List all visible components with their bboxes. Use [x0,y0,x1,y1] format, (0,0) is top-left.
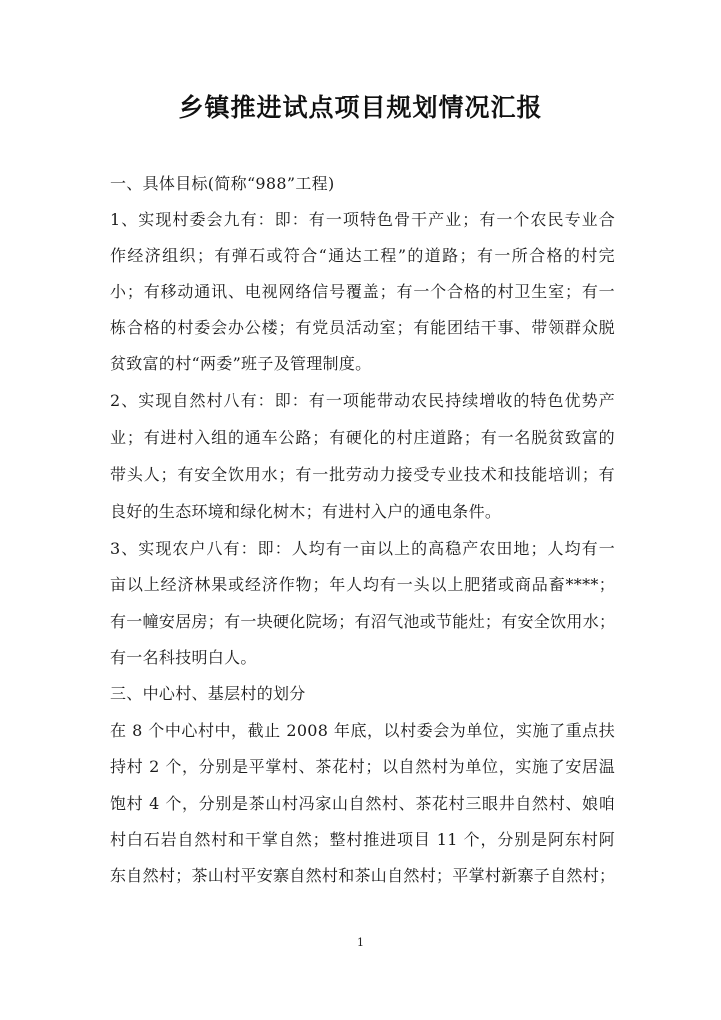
paragraph-line: 有一幢安居房；有一块硬化院场；有沼气池或节能灶；有安全饮用水； [110,612,615,632]
paragraph-line: 业；有进村入组的通车公路；有硬化的村庄道路；有一名脱贫致富的 [110,428,615,448]
paragraph-line: 村白石岩自然村和干掌自然；整村推进项目 11 个，分别是阿东村阿 [110,830,615,850]
section-heading-1: 一、具体目标(简称“988”工程) [110,174,615,194]
paragraph-line: 东自然村；茶山村平安寨自然村和茶山自然村；平掌村新寨子自然村； [110,866,615,886]
paragraph-line: 2、实现自然村八有：即：有一项能带动农民持续增收的特色优势产 [110,391,615,411]
paragraph-line: 亩以上经济林果或经济作物；年人均有一头以上肥猪或商品畜****； [110,575,615,595]
page-number: 1 [0,936,721,949]
paragraph-line: 在 8 个中心村中，截止 2008 年底，以村委会为单位，实施了重点扶 [110,721,615,741]
paragraph-line: 贫致富的村“两委”班子及管理制度。 [110,354,615,374]
paragraph-line: 栋合格的村委会办公楼；有党员活动室；有能团结干事、带领群众脱 [110,318,615,338]
paragraph-line: 带头人；有安全饮用水；有一批劳动力接受专业技术和技能培训；有 [110,465,615,485]
paragraph-line: 3、实现农户八有：即：人均有一亩以上的高稳产农田地；人均有一 [110,539,615,559]
document-page: 乡镇推进试点项目规划情况汇报 一、具体目标(简称“988”工程) 1、实现村委会… [0,0,721,1020]
paragraph-line: 1、实现村委会九有：即：有一项特色骨干产业；有一个农民专业合 [110,210,615,230]
paragraph-line: 作经济组织；有弹石或符合“通达工程”的道路；有一所合格的村完 [110,246,615,266]
paragraph-line: 小；有移动通讯、电视网络信号覆盖；有一个合格的村卫生室；有一 [110,282,615,302]
paragraph-line: 有一名科技明白人。 [110,648,615,668]
document-title: 乡镇推进试点项目规划情况汇报 [0,88,721,124]
paragraph-line: 持村 2 个，分别是平掌村、茶花村；以自然村为单位，实施了安居温 [110,757,615,777]
paragraph-line: 饱村 4 个，分别是茶山村冯家山自然村、茶花村三眼井自然村、娘咱 [110,794,615,814]
paragraph-line: 良好的生态环境和绿化树木；有进村入户的通电条件。 [110,502,615,522]
section-heading-3: 三、中心村、基层村的划分 [110,684,615,704]
